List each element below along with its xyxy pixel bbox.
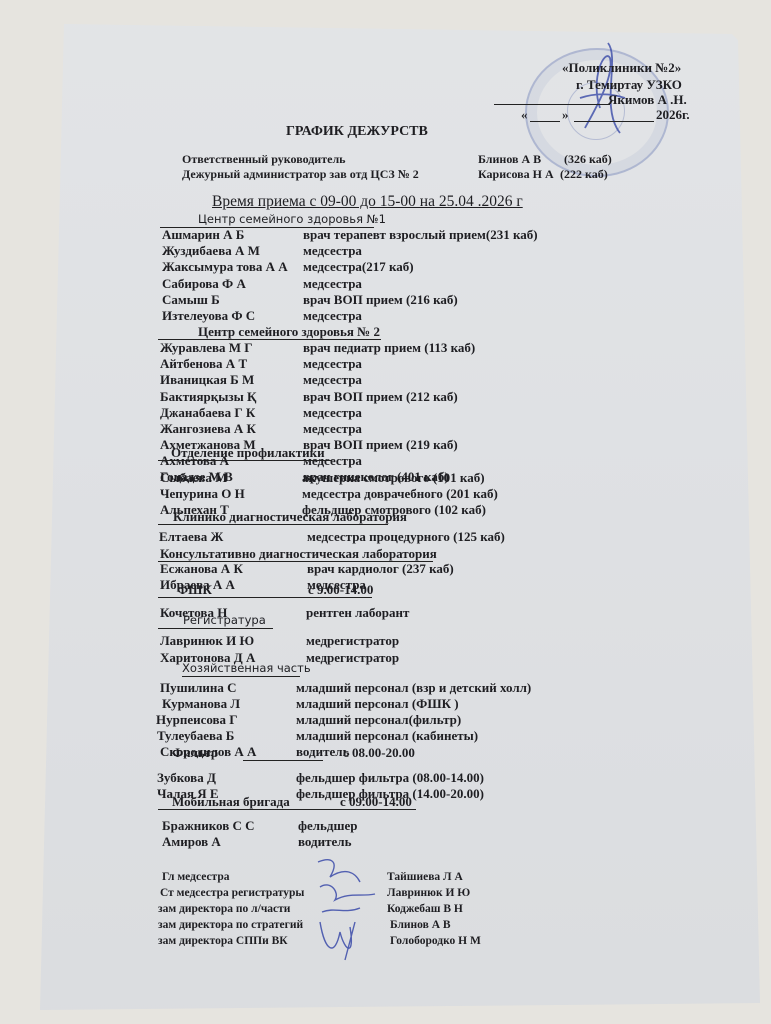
staff-role: рентген лаборант [306,605,409,620]
staff-name: Тулеубаева Б [157,728,234,743]
section-title: Консультативно диагностическая лаборатор… [160,546,437,561]
staff-name: Зубкова Д [157,770,216,785]
staff-role: медсестра(217 каб) [303,259,414,274]
section-underline [182,676,300,677]
section-underline [158,597,372,598]
staff-role: водитель [296,744,349,759]
approval-date-open: « [521,107,528,122]
section-hours: с 08.00-20.00 [343,745,415,760]
signature-role: зам директора по л/части [158,902,290,917]
signature-name: Тайшиева Л А [387,870,463,885]
staff-role: фельдшер [298,818,357,833]
staff-role: медсестра [303,421,362,436]
staff-name: Изтелеуова Ф С [162,308,255,323]
staff-role: врач терапевт взрослый прием(231 каб) [303,227,538,242]
staff-role: врач ВОП прием (216 каб) [303,292,458,307]
responsible-name-1: Карисова Н А [478,167,554,182]
approval-org: «Поликлиники №2» [562,60,681,75]
section-underline [158,460,331,461]
section-title: Центр семейного здоровья № 2 [198,324,380,339]
section-title: ФШК [177,582,212,597]
staff-role: врач педиатр прием (113 каб) [303,340,475,355]
staff-name: Джанабаева Г К [160,405,255,420]
staff-name: Журавлева М Г [160,340,253,355]
section-title: Мобильная бригада [172,794,290,809]
staff-name: Бактиярқызы Қ [160,389,256,404]
staff-role: врач ВОП прием (212 каб) [303,389,458,404]
signature-name: Лавринюк И Ю [387,886,470,901]
approval-signer: Якимов А .Н. [608,92,687,107]
staff-role: медсестра [303,356,362,371]
staff-role: акушерка смотрового (101 каб) [302,470,485,485]
staff-role: медсестра процедурного (125 каб) [307,529,505,544]
section-underline [243,760,323,761]
staff-role: фельдшер фильтра (08.00-14.00) [296,770,484,785]
staff-role: медсестра [303,405,362,420]
staff-name: Жаксымура това А А [162,259,288,274]
document-title: ГРАФИК ДЕЖУРСТВ [286,124,428,139]
staff-name: Иваницкая Б М [160,372,254,387]
responsible-name-0: Блинов А В [478,152,541,167]
signature-role: Гл медсестра [162,870,229,885]
staff-role: медсестра [303,308,362,323]
handwritten-signatures [300,852,390,962]
section-underline [158,628,273,629]
section-hours: с 09.00-14.00 [340,794,412,809]
approval-year: 2026г. [656,107,690,122]
staff-name: Нурпеисова Г [156,712,238,727]
staff-name: Пушилина С [160,680,237,695]
approval-date-close: » [562,107,569,122]
staff-name: Бражников С С [162,818,255,833]
responsible-role-1: Дежурный администратор зав отд ЦСЗ № 2 [182,167,419,182]
staff-name: Сыбаева М [160,470,227,485]
signature-name: Голобородко Н М [390,934,481,949]
staff-name: Елтаева Ж [159,529,223,544]
staff-name: Жуздибаева А М [162,243,260,258]
section-title: Хозяйственная часть [182,661,311,676]
staff-role: медсестра доврачебного (201 каб) [302,486,498,501]
signature-name: Блинов А В [390,918,451,933]
staff-name: Самыш Б [162,292,220,307]
staff-role: врач кардиолог (237 каб) [307,561,454,576]
section-title: Клинико диагностическая лаборатория [173,509,407,524]
staff-name: Сабирова Ф А [162,276,246,291]
staff-role: водитель [298,834,351,849]
staff-role: медрегистратор [306,650,399,665]
staff-role: младший персонал (кабинеты) [296,728,478,743]
responsible-role-0: Ответственный руководитель [182,152,346,167]
staff-name: Ашмарин А Б [162,227,244,242]
responsible-room-0: (326 каб) [564,152,612,167]
staff-role: медсестра [303,243,362,258]
section-hours: с 9.00-14.00 [308,582,373,597]
section-underline [158,524,388,525]
section-title: Фильтр [172,745,218,760]
signature-name: Коджебаш В Н [387,902,463,917]
section-title: Центр семейного здоровья №1 [198,212,386,227]
responsible-room-1: (222 каб) [560,167,608,182]
signature-role: зам директора СППи ВК [158,934,288,949]
approval-month-line [574,121,654,122]
signature-role: Ст медсестра регистратуры [160,886,304,901]
signature-role: зам директора по стратегий [158,918,303,933]
approval-city: г. Темиртау УЗКО [576,77,682,92]
staff-name: Курманова Л [162,696,240,711]
staff-role: медрегистратор [306,633,399,648]
staff-name: Айтбенова А Т [160,356,247,371]
staff-name: Лавринюк И Ю [160,633,254,648]
section-title: Отделение профилактики [171,445,325,460]
staff-role: медсестра [303,276,362,291]
staff-role: младший персонал (взр и детский холл) [296,680,531,695]
reception-time: Время приема с 09-00 до 15-00 на 25.04 .… [212,193,523,211]
staff-role: медсестра [303,372,362,387]
approval-day-line [530,121,560,122]
staff-role: младший персонал(фильтр) [296,712,461,727]
staff-name: Чепурина О Н [160,486,245,501]
staff-name: Есжанова А К [160,561,243,576]
section-title: Регистратура [183,613,266,628]
staff-role: врач ВОП прием (219 каб) [303,437,458,452]
staff-name: Жангозиева А К [160,421,256,436]
approval-sign-line [494,104,610,105]
staff-role: младший персонал (ФШК ) [296,696,459,711]
section-underline [158,809,416,810]
staff-name: Амиров А [162,834,221,849]
